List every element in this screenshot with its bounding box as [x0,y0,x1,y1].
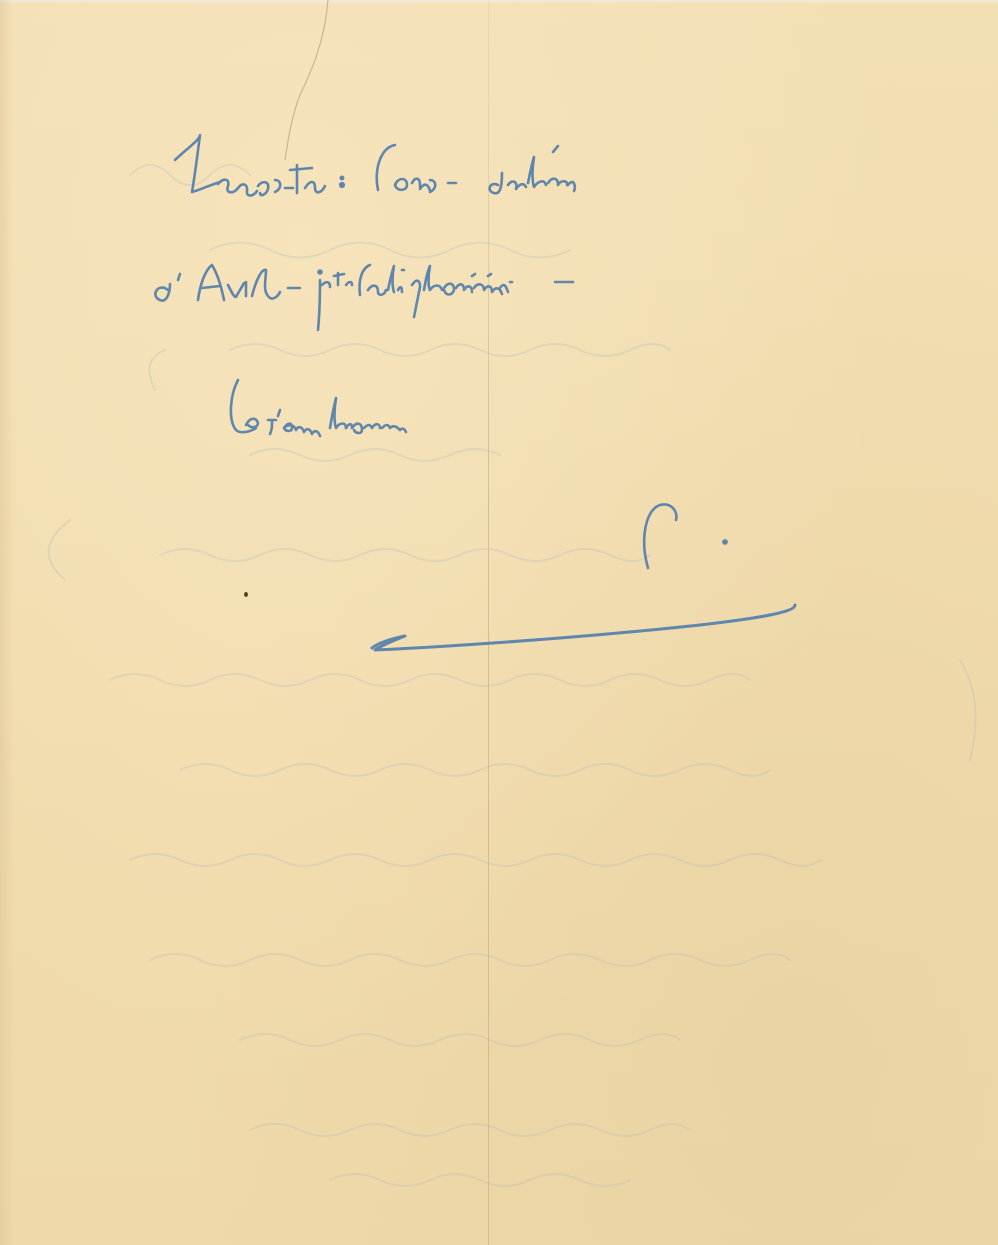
letter-page: Reviens-tu ? Sans-doute début d'Avril – … [0,0,998,1245]
handwriting-ink [0,0,998,1245]
ink-speck [244,592,248,597]
handwritten-line-2 [155,265,573,330]
handwritten-line-1 [175,135,575,196]
handwritten-line-3 [231,380,406,436]
signature [372,504,795,650]
